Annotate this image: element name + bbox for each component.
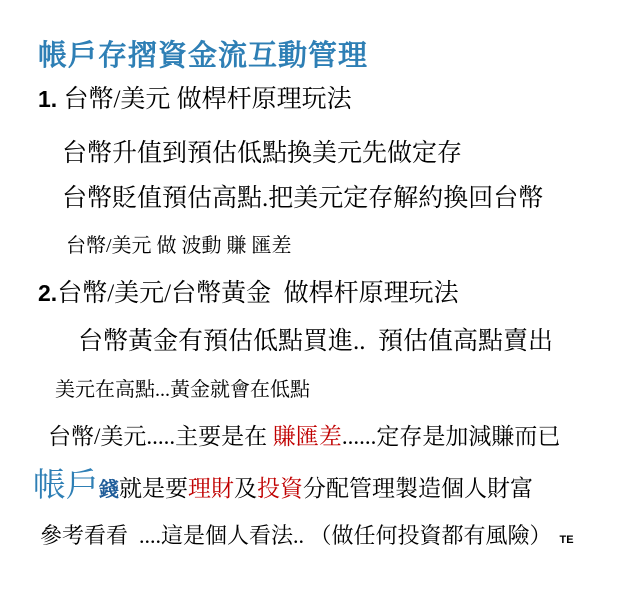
item-1-subline-2: 台幣貶值預估高點.把美元定存解約換回台幣 — [62, 185, 543, 214]
page-title: 帳戶存摺資金流互動管理 — [38, 40, 368, 73]
account-text-3: 分配管理製造個人財富 — [303, 476, 533, 501]
summary-pre: 台幣/美元.....主要是在 — [48, 424, 273, 449]
list-item-2-number: 2. — [38, 280, 57, 306]
summary-highlight-profit-spread: 賺匯差 — [273, 424, 342, 449]
list-item-1-number: 1. — [38, 86, 57, 112]
account-line: 帳戶錢就是要理財及投資分配管理製造個人財富 — [33, 468, 533, 506]
item-2-subline-2: 美元在高點...黃金就會在低點 — [55, 379, 310, 402]
summary-line: 台幣/美元.....主要是在 賺匯差......定存是加減賺而已 — [48, 424, 560, 450]
document-page: 帳戶存摺資金流互動管理 1. 台幣/美元 做桿杆原理玩法 台幣升值到預估低點換美… — [0, 0, 635, 613]
footer-line: 參考看看 ....這是個人看法.. （做任何投資都有風險）TE — [40, 523, 574, 548]
footer-text: 參考看看 ....這是個人看法.. （做任何投資都有風險） — [40, 523, 552, 548]
investment-word: 投資 — [257, 476, 303, 501]
list-item-2-text: 台幣/美元/台幣黃金 做桿杆原理玩法 — [57, 280, 458, 307]
item-1-subline-1: 台幣升值到預估低點換美元先做定存 — [62, 140, 462, 169]
item-1-subline-3: 台幣/美元 做 波動 賺 匯差 — [66, 235, 292, 258]
money-word: 錢 — [99, 479, 119, 501]
list-item-2: 2.台幣/美元/台幣黃金 做桿杆原理玩法 — [38, 280, 459, 309]
account-word: 帳戶 — [33, 468, 99, 504]
list-item-1: 1. 台幣/美元 做桿杆原理玩法 — [38, 86, 352, 115]
item-2-subline-1: 台幣黃金有預估低點買進.. 預估值高點賣出 — [78, 328, 553, 357]
account-text-2: 及 — [234, 476, 257, 501]
list-item-1-text: 台幣/美元 做桿杆原理玩法 — [57, 86, 351, 113]
account-text-1: 就是要 — [119, 476, 188, 501]
footer-suffix: TE — [560, 534, 574, 546]
summary-post: ......定存是加減賺而已 — [342, 424, 561, 449]
wealth-management-word: 理財 — [188, 476, 234, 501]
